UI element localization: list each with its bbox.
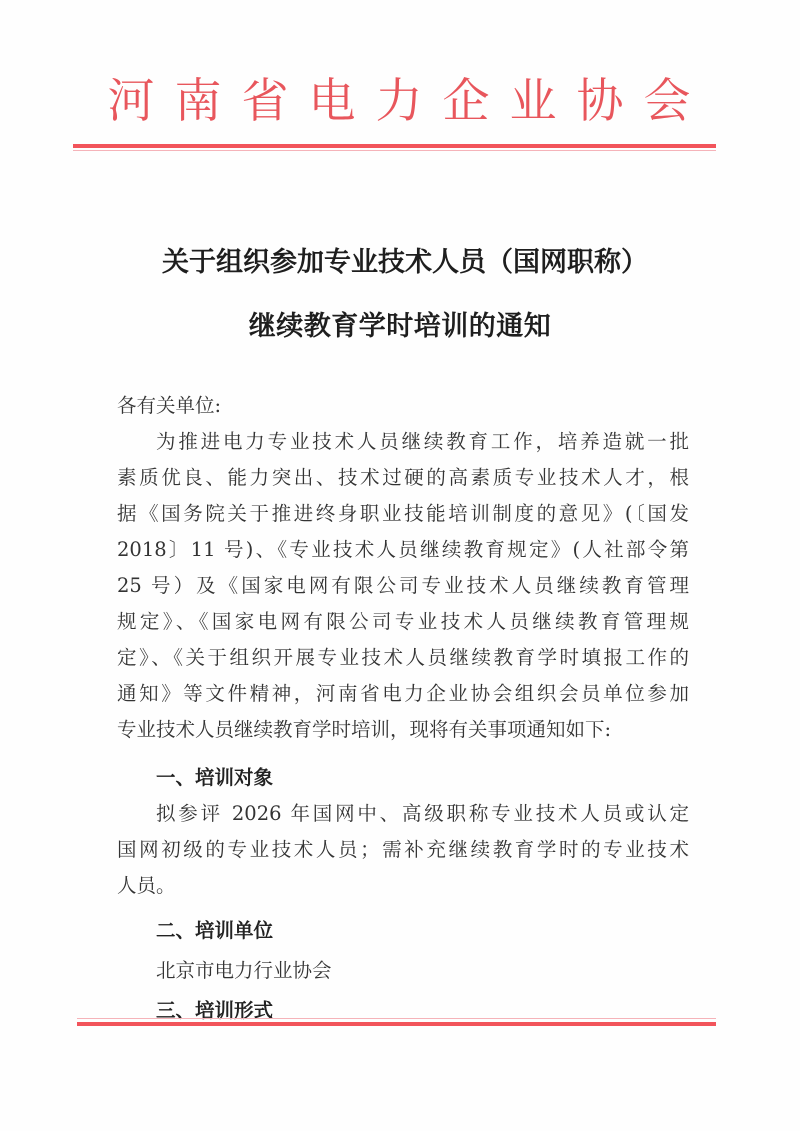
section-heading-training-targets: 一、培训对象 — [156, 760, 273, 796]
paragraph-line: 国网初级的专业技术人员；需补充继续教育学时的专业技术 — [117, 832, 689, 868]
document-title-line-2: 继续教育学时培训的通知 — [0, 309, 800, 345]
paragraph-line: 素质优良、能力突出、技术过硬的高素质专业技术人才，根 — [117, 460, 689, 496]
paragraph-line: 规定》、《国家电网有限公司专业技术人员继续教育管理规 — [117, 604, 689, 640]
paragraph-line: 为推进电力专业技术人员继续教育工作，培养造就一批 — [156, 424, 689, 460]
salutation: 各有关单位: — [117, 388, 689, 424]
paragraph-line: 通知》等文件精神，河南省电力企业协会组织会员单位参加 — [117, 676, 689, 712]
paragraph-line: 定》、《关于组织开展专业技术人员继续教育学时填报工作的 — [117, 640, 689, 676]
header-rule-thick — [73, 144, 716, 148]
paragraph-line: 2018〕11 号)、《专业技术人员继续教育规定》(人社部令第 — [117, 532, 689, 568]
paragraph-line: 北京市电力行业协会 — [156, 953, 689, 989]
document-title-line-1: 关于组织参加专业技术人员（国网职称） — [0, 245, 800, 281]
footer-rule-thick — [77, 1022, 716, 1026]
header-rule-thin — [73, 150, 716, 151]
organization-letterhead: 河南省电力企业协会 — [0, 72, 800, 132]
paragraph-line: 专业技术人员继续教育学时培训，现将有关事项通知如下: — [117, 712, 689, 748]
footer-rule-thin — [77, 1018, 716, 1019]
paragraph-line: 人员。 — [117, 868, 689, 904]
paragraph-line: 25 号）及《国家电网有限公司专业技术人员继续教育管理 — [117, 568, 689, 604]
document-page: 河南省电力企业协会 关于组织参加专业技术人员（国网职称） 继续教育学时培训的通知… — [0, 0, 800, 1131]
paragraph-line: 据《国务院关于推进终身职业技能培训制度的意见》(〔国发 — [117, 496, 689, 532]
paragraph-line: 拟参评 2026 年国网中、高级职称专业技术人员或认定 — [156, 796, 689, 832]
section-heading-training-unit: 二、培训单位 — [156, 913, 273, 949]
